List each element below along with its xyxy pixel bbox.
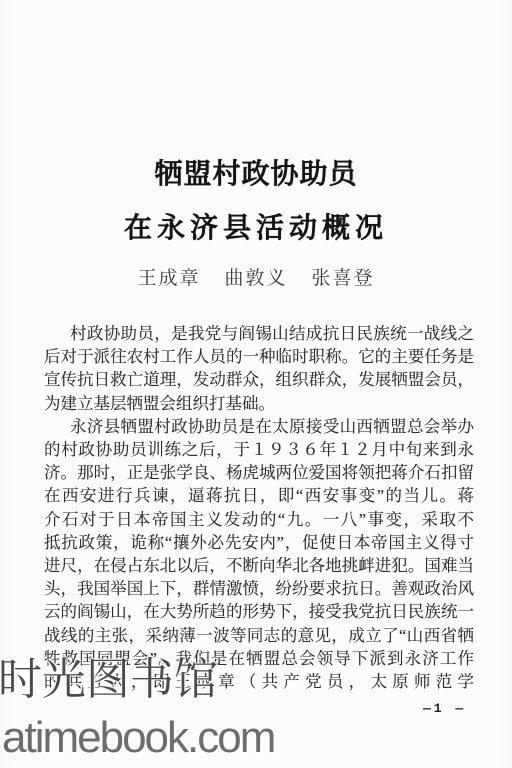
- page-title-line-1: 牺盟村政协助员: [0, 152, 512, 192]
- authors-line: 王成章曲敦义张喜登: [0, 263, 512, 290]
- body-line: 为建立基层牺盟会组织打基础。: [44, 392, 474, 415]
- watermark-chinese-text: 时光图书馆: [0, 658, 218, 702]
- author-name: 张喜登: [312, 268, 375, 289]
- body-line: 介石对于日本帝国主义发动的“九。一八”事变，采取不: [44, 508, 474, 531]
- page-number: —1 —: [423, 701, 466, 716]
- body-line: 后对于派往农村工作人员的一种临时职称。它的主要任务是: [44, 345, 474, 368]
- page-title-line-2: 在永济县活动概况: [0, 206, 512, 246]
- body-text: 村政协助员，是我党与阎锡山结成抗日民族统一战线之后对于派往农村工作人员的一种临时…: [44, 322, 474, 693]
- body-line: 头，我国举国上下，群情激愤，纷纷要求抗日。善观政治风: [44, 577, 474, 600]
- book-page: 牺盟村政协助员 在永济县活动概况 王成章曲敦义张喜登 村政协助员，是我党与阎锡山…: [0, 0, 512, 768]
- body-line: 云的阎锡山，在大势所趋的形势下，接受我党抗日民族统一: [44, 600, 474, 623]
- body-line: 宣传抗日救亡道理，发动群众，组织群众，发展牺盟会员，: [44, 368, 474, 391]
- body-line: 的村政协助员训练之后，于１９３６年１２月中旬来到永: [44, 438, 474, 461]
- body-line: 永济县牺盟村政协助员是在太原接受山西牺盟总会举办: [44, 415, 474, 438]
- author-name: 曲敦义: [224, 268, 287, 289]
- body-line: 村政协助员，是我党与阎锡山结成抗日民族统一战线之: [44, 322, 474, 345]
- body-line: 战线的主张，采纳薄一波等同志的意见，成立了“山西省牺: [44, 624, 474, 647]
- body-line: 济。那时，正是张学良、杨虎城两位爱国将领把蒋介石扣留: [44, 461, 474, 484]
- author-name: 王成章: [137, 268, 200, 289]
- body-line: 进尺，在侵占东北以后，不断向华北各地挑衅进犯。国难当: [44, 554, 474, 577]
- watermark-website-text: atimebook.com: [2, 716, 274, 760]
- body-line: 在西安进行兵谏，逼蒋抗日，即“西安事变”的当儿。蒋: [44, 484, 474, 507]
- body-line: 抵抗政策，诡称“攘外必先安内”，促使日本帝国主义得寸: [44, 531, 474, 554]
